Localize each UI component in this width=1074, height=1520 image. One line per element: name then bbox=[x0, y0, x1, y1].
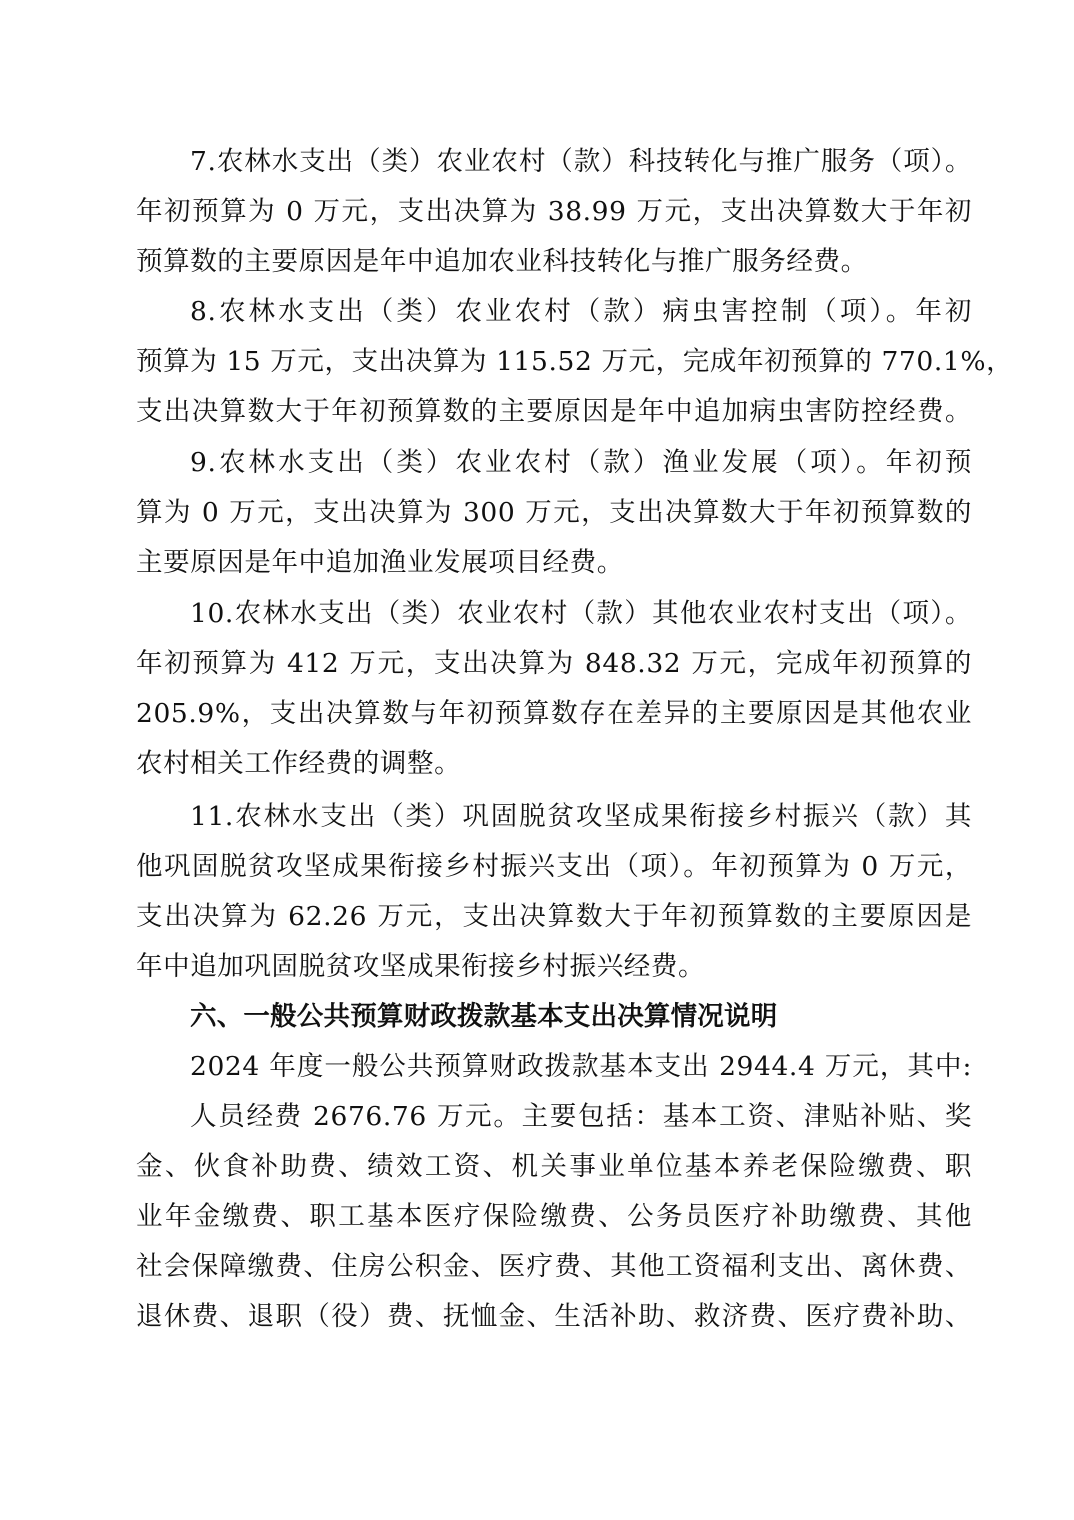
document-page: 7.农林水支出（类）农业农村（款）科技转化与推广服务（项）。 年初预算为 0 万… bbox=[0, 0, 1074, 1520]
text-line: 8.农林水支出（类）农业农村（款）病虫害控制（项）。年初 bbox=[190, 292, 972, 332]
text-line: 11.农林水支出（类）巩固脱贫攻坚成果衔接乡村振兴（款）其 bbox=[190, 797, 972, 837]
summary-line: 2024 年度一般公共预算财政拨款基本支出 2944.4 万元，其中: bbox=[190, 1047, 972, 1087]
text-line: 支出决算数大于年初预算数的主要原因是年中追加病虫害防控经费。 bbox=[136, 392, 972, 432]
text-line: 支出决算为 62.26 万元，支出决算数大于年初预算数的主要原因是 bbox=[136, 897, 972, 937]
text-line: 10.农林水支出（类）农业农村（款）其他农业农村支出（项）。 bbox=[190, 594, 972, 634]
text-line: 算为 0 万元，支出决算为 300 万元，支出决算数大于年初预算数的 bbox=[136, 493, 972, 533]
text-line: 年中追加巩固脱贫攻坚成果衔接乡村振兴经费。 bbox=[136, 947, 972, 987]
text-line: 业年金缴费、职工基本医疗保险缴费、公务员医疗补助缴费、其他 bbox=[136, 1197, 972, 1237]
text-line: 年初预算为 412 万元，支出决算为 848.32 万元，完成年初预算的 bbox=[136, 644, 972, 684]
text-line: 人员经费 2676.76 万元。主要包括：基本工资、津贴补贴、奖 bbox=[190, 1097, 972, 1137]
section-heading: 六、一般公共预算财政拨款基本支出决算情况说明 bbox=[190, 997, 972, 1037]
text-line: 年初预算为 0 万元，支出决算为 38.99 万元，支出决算数大于年初 bbox=[136, 192, 972, 232]
text-line: 退休费、退职（役）费、抚恤金、生活补助、救济费、医疗费补助、 bbox=[136, 1297, 972, 1337]
text-line: 9.农林水支出（类）农业农村（款）渔业发展（项）。年初预 bbox=[190, 443, 972, 483]
text-line: 主要原因是年中追加渔业发展项目经费。 bbox=[136, 543, 972, 583]
text-line: 金、伙食补助费、绩效工资、机关事业单位基本养老保险缴费、职 bbox=[136, 1147, 972, 1187]
text-line: 农村相关工作经费的调整。 bbox=[136, 744, 972, 784]
text-line: 7.农林水支出（类）农业农村（款）科技转化与推广服务（项）。 bbox=[190, 142, 972, 182]
text-line: 他巩固脱贫攻坚成果衔接乡村振兴支出（项）。年初预算为 0 万元， bbox=[136, 847, 972, 887]
text-line: 205.9%，支出决算数与年初预算数存在差异的主要原因是其他农业 bbox=[136, 694, 972, 734]
text-line: 社会保障缴费、住房公积金、医疗费、其他工资福利支出、离休费、 bbox=[136, 1247, 972, 1287]
text-line: 预算为 15 万元，支出决算为 115.52 万元，完成年初预算的 770.1%… bbox=[136, 342, 972, 382]
text-line: 预算数的主要原因是年中追加农业科技转化与推广服务经费。 bbox=[136, 242, 972, 282]
